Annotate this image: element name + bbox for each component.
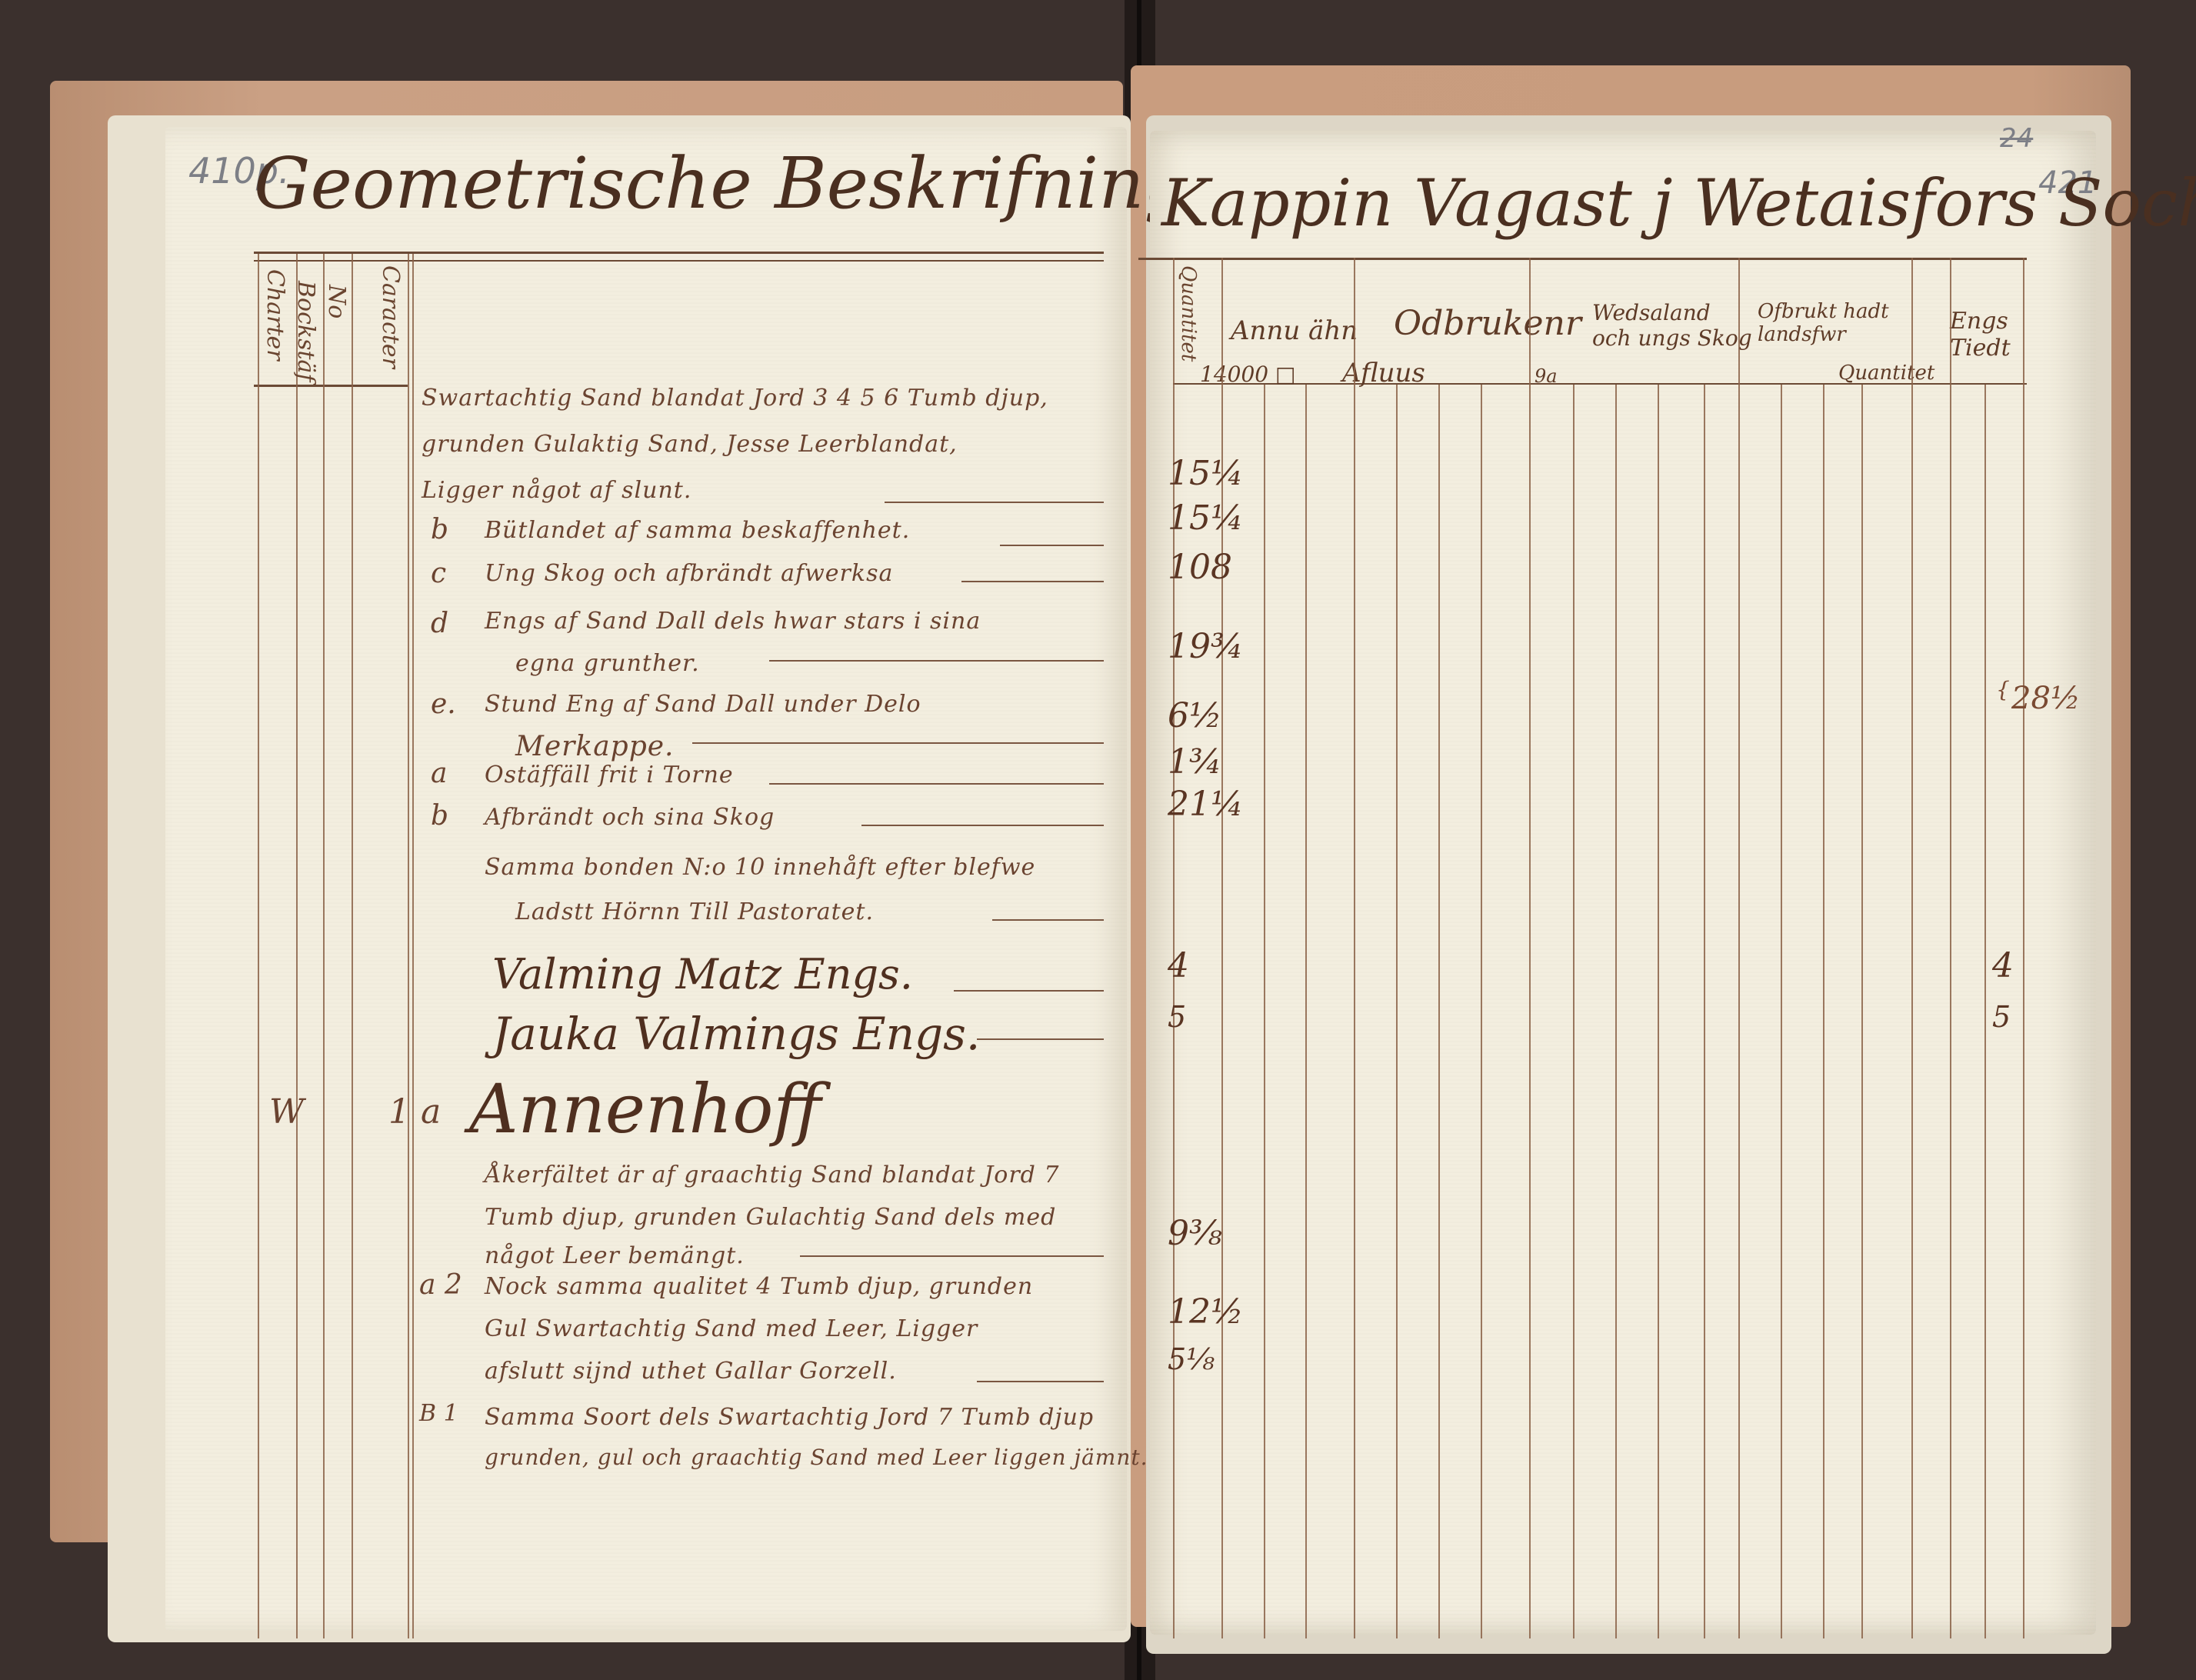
meadow-name: Valming Matz Engs.	[492, 950, 913, 998]
col-header-engs: Engs Tiedt	[1950, 308, 2011, 362]
right-col-line	[1396, 385, 1398, 1638]
col-header-ofbrukt-sub: Quantitet	[1838, 362, 1934, 385]
quantity-value: 6½	[1168, 696, 1222, 735]
entry-line: grunden, gul och graachtig Sand med Leer…	[485, 1445, 1148, 1470]
farm-name: Annenhoff	[469, 1069, 821, 1148]
right-col-line	[1615, 385, 1617, 1638]
right-page-title: Kappin Vagast j Wetaisfors Sochel.	[1161, 165, 2196, 241]
entry-rule	[954, 990, 1104, 992]
entry-line: Gul Swartachtig Sand med Leer, Ligger	[485, 1315, 978, 1342]
entry-mark: b	[431, 800, 448, 832]
left-col-line	[258, 254, 259, 1638]
right-col-line	[1984, 385, 1986, 1638]
quantity-value: 15¼	[1168, 498, 1244, 538]
left-col-line	[412, 254, 414, 1638]
entry-line: Afbrändt och sina Skog	[485, 804, 775, 831]
entry-line: Stund Eng af Sand Dall under Delo	[485, 691, 921, 718]
entry-rule	[961, 581, 1104, 582]
right-col-line	[2023, 258, 2024, 1638]
entry-mark: B 1	[419, 1400, 458, 1427]
quantity-value: 9⅜	[1168, 1214, 1222, 1253]
entry-line: Ostäffäll frit i Torne	[485, 762, 734, 788]
col-header-quantitet: Quantitet	[1177, 265, 1200, 362]
col-header-ofbrukt: Ofbrukt hadt landsfwr	[1758, 300, 1911, 346]
entry-line: Samma bonden N:o 10 innehåft efter blefw…	[485, 854, 1035, 881]
col-header-bokstav: Bockstäf	[292, 281, 319, 382]
engs-value: 5	[1992, 1000, 2011, 1034]
left-col-line	[408, 254, 409, 1638]
right-col-line	[1823, 385, 1824, 1638]
quantity-value: 5	[1168, 1000, 1186, 1034]
entry-line: egna grunther.	[515, 650, 700, 677]
quantity-value: 19¾	[1168, 627, 1244, 666]
entry-mark-w: W	[269, 1092, 304, 1132]
engs-value: 4	[1992, 946, 2014, 985]
right-folio-struck: 24	[2000, 123, 2033, 154]
quantity-value: 21¼	[1168, 785, 1244, 824]
right-col-line	[1264, 385, 1265, 1638]
right-header-rule	[1138, 258, 2027, 260]
right-col-line	[1781, 385, 1782, 1638]
entry-line: Ladstt Hörnn Till Pastoratet.	[515, 898, 874, 925]
right-col-line	[1573, 385, 1575, 1638]
entry-mark: b	[431, 514, 448, 545]
entry-line: Swartachtig Sand blandat Jord 3 4 5 6 Tu…	[422, 385, 1048, 412]
left-header-rule-top	[254, 252, 1104, 254]
right-col-line	[1950, 258, 1951, 1638]
entry-line: Samma Soort dels Swartachtig Jord 7 Tumb…	[485, 1404, 1094, 1431]
entry-line: Ligger något af slunt.	[422, 477, 691, 504]
left-header-rule-bottom	[254, 260, 1104, 262]
quantity-value: 5⅛	[1168, 1342, 1215, 1376]
quantity-value: 15¼	[1168, 454, 1244, 493]
col-header-annu: Annu ähn	[1231, 315, 1358, 346]
right-col-line	[1438, 385, 1440, 1638]
entry-mark: c	[431, 558, 446, 589]
right-col-line	[1704, 385, 1705, 1638]
entry-rule	[885, 502, 1104, 503]
entry-rule	[992, 919, 1104, 921]
right-col-line	[1911, 258, 1913, 1638]
right-col-line	[1481, 385, 1482, 1638]
entry-rule	[977, 1038, 1104, 1040]
col-header-wedsaland-sub: 9a	[1535, 365, 1558, 387]
entry-line: grunden Gulaktig Sand, Jesse Leerblandat…	[422, 431, 958, 458]
left-col-line	[323, 254, 325, 1638]
quantity-value: 1¾	[1168, 742, 1222, 782]
right-col-line	[1861, 385, 1863, 1638]
right-col-line	[1658, 385, 1659, 1638]
entry-line: Merkappe.	[515, 731, 675, 762]
entry-line: något Leer bemängt.	[485, 1242, 745, 1269]
right-col-line	[1305, 385, 1307, 1638]
entry-line: Nock samma qualitet 4 Tumb djup, grunden	[485, 1273, 1033, 1300]
entry-mark: d	[431, 608, 448, 639]
brace-icon: {	[1996, 677, 2010, 702]
entry-rule	[861, 825, 1104, 826]
left-colhdr-rule	[254, 385, 408, 387]
entry-rule	[769, 660, 1104, 662]
right-col-line	[1354, 258, 1355, 1638]
entry-line: Åkerfältet är af graachtig Sand blandat …	[485, 1162, 1059, 1188]
entry-rule	[1000, 545, 1104, 546]
right-col-line	[1529, 258, 1531, 1638]
col-header-annu-sub: 14000 □	[1200, 362, 1295, 387]
meadow-name: Jauka Valmings Engs.	[492, 1008, 980, 1060]
entry-rule	[800, 1255, 1104, 1257]
col-header-charter: Charter	[262, 269, 288, 361]
entry-mark: a	[431, 758, 447, 789]
quantity-value: 12½	[1168, 1292, 1244, 1332]
quantity-value: 108	[1168, 548, 1232, 587]
right-col-line	[1738, 258, 1740, 1638]
entry-mark: e.	[431, 688, 456, 720]
quantity-value: 4	[1168, 946, 1189, 985]
entry-mark: a 2	[419, 1269, 462, 1301]
entry-rule	[692, 742, 1104, 744]
entry-rule	[977, 1381, 1104, 1382]
entry-line: afslutt sijnd uthet Gallar Gorzell.	[485, 1358, 897, 1385]
left-col-line	[296, 254, 298, 1638]
col-header-no: No	[323, 285, 350, 318]
entry-line: Engs af Sand Dall dels hwar stars i sina	[485, 608, 981, 635]
engs-total: 28½	[2011, 681, 2081, 716]
left-col-line	[352, 254, 353, 1638]
entry-line: Ung Skog och afbrändt afwerksa	[485, 560, 893, 587]
entry-number: 1 a	[388, 1092, 441, 1132]
entry-rule	[769, 783, 1104, 785]
entry-line: Tumb djup, grunden Gulachtig Sand dels m…	[485, 1204, 1056, 1231]
col-header-caracter: Caracter	[377, 265, 404, 368]
col-header-wedsaland: Wedsaland och ungs Skog	[1592, 300, 1754, 351]
col-header-odbruk: Odbrukenr	[1394, 304, 1581, 343]
entry-line: Bütlandet af samma beskaffenhet.	[485, 517, 910, 544]
